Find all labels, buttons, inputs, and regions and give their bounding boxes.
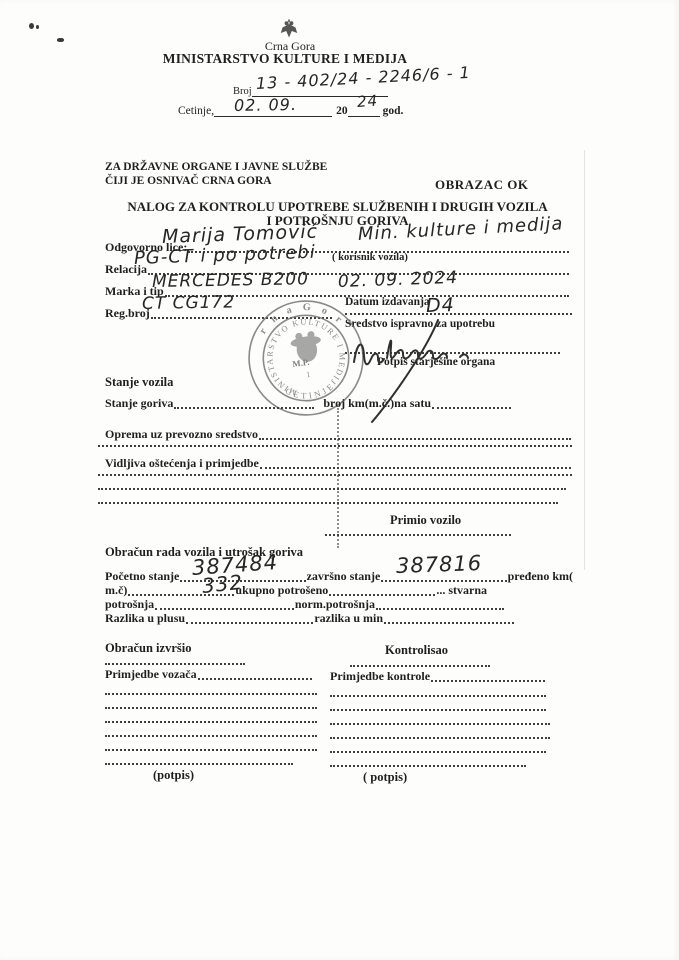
- potrosnja-row: potrošnja norm.potrošnja: [105, 598, 505, 612]
- potpis-left-label: (potpis): [153, 768, 313, 782]
- dotted-leader: [186, 622, 313, 624]
- obracun-izvrsio-column: Obračun izvršio Primjedbe vozača (potpis…: [105, 641, 313, 783]
- primjedbe-vozaca-label: Primjedbe vozača: [105, 668, 197, 682]
- ukupno-label: ukupno potrošeno: [235, 584, 328, 598]
- dotted-line: [330, 737, 550, 739]
- stamp-number: 1: [306, 370, 311, 379]
- oprema-row: Oprema uz prevozno sredstvo: [105, 428, 572, 442]
- dotted-line: [105, 693, 317, 695]
- datum-izdavanja-label: Datum izdavanja: [345, 296, 572, 309]
- dotted-leader: [174, 407, 314, 409]
- primio-vozilo-label: Primio vozilo: [390, 513, 461, 528]
- dotted-leader: [345, 313, 572, 315]
- dotted-line: [350, 665, 490, 667]
- dotted-leader: [198, 678, 312, 680]
- ukupno-row: m.č) ukupno potrošeno ... stvarna: [105, 584, 487, 598]
- dotted-line: [330, 751, 546, 753]
- dotted-leader: [384, 622, 514, 624]
- date-row: Cetinje, 20 god.: [178, 104, 433, 117]
- vidljiva-row: Vidljiva oštećenja i primjedbe: [105, 457, 572, 471]
- mc-handwritten-value: 332: [201, 570, 244, 598]
- dotted-leader: [432, 407, 511, 409]
- potpis-right-label: ( potpis): [363, 770, 546, 784]
- dotted-line: [105, 707, 317, 709]
- dotted-line: [98, 445, 572, 447]
- razlika-min-label: razlika u min: [314, 612, 383, 626]
- marka-handwritten-value: MERCEDES B200: [152, 269, 309, 292]
- dotted-leader: [155, 608, 294, 610]
- ink-speck: [29, 23, 34, 29]
- dotted-line: [105, 663, 245, 665]
- intro-line-1: ZA DRŽAVNE ORGANE I JAVNE SLUŽBE: [105, 161, 327, 173]
- stvarna-label: ... stvarna: [436, 584, 487, 598]
- dotted-line: [330, 709, 546, 711]
- year-prefix: 20: [336, 105, 348, 117]
- dotted-leader: [376, 608, 504, 610]
- dotted-line: [330, 765, 526, 767]
- primjedbe-kontrole-label: Primjedbe kontrole: [330, 670, 430, 684]
- korisnik-vozila-label: ( korisnik vozila): [332, 252, 408, 263]
- zavrsno-stanje-label: završno stanje: [307, 570, 381, 584]
- oprema-label: Oprema uz prevozno sredstvo: [105, 428, 258, 442]
- norm-potrosnja-label: norm.potrošnja: [295, 598, 375, 612]
- potrosnja-label: potrošnja: [105, 598, 154, 612]
- primjedbe-vozaca-row: Primjedbe vozača: [105, 668, 313, 682]
- coat-of-arms-icon: [280, 19, 298, 39]
- pocetno-zavrsno-row: Početno stanje završno stanje pređeno km…: [105, 570, 573, 584]
- reg-handwritten-value: CT CG172: [142, 292, 235, 314]
- dotted-leader: [259, 438, 571, 440]
- stanje-goriva-label: Stanje goriva: [105, 397, 173, 411]
- dotted-leader: [260, 467, 571, 469]
- dotted-line: [98, 502, 558, 504]
- obracun-izvrsio-title: Obračun izvršio: [105, 641, 313, 655]
- dotted-leader: [329, 594, 435, 596]
- dotted-line: [105, 735, 317, 737]
- dotted-line: [330, 695, 546, 697]
- kontrolisao-column: Kontrolisao Primjedbe kontrole ( potpis): [330, 643, 546, 785]
- vidljiva-label: Vidljiva oštećenja i primjedbe: [105, 457, 259, 471]
- ministry-name: MINISTARSTVO KULTURE I MEDIJA: [145, 51, 425, 67]
- razlika-plus-label: Razlika u plusu: [105, 612, 185, 626]
- scanned-form-page: Crna Gora MINISTARSTVO KULTURE I MEDIJA …: [0, 0, 679, 960]
- kontrolisao-title: Kontrolisao: [385, 643, 546, 657]
- pocetno-stanje-label: Početno stanje: [105, 570, 179, 584]
- zavrsno-handwritten-value: 387816: [396, 551, 483, 578]
- dotted-line: [105, 721, 317, 723]
- dotted-line: [105, 763, 293, 765]
- ink-speck: [36, 25, 39, 29]
- stamp-mp-text: M.P.: [292, 357, 310, 369]
- mc-label: m.č): [105, 584, 127, 598]
- dotted-line: [105, 749, 317, 751]
- razlika-row: Razlika u plusu razlika u min: [105, 612, 515, 626]
- dotted-line: [325, 534, 511, 536]
- form-code: OBRAZAC OK: [435, 177, 528, 193]
- ink-speck: [57, 38, 64, 42]
- dotted-line: [330, 723, 550, 725]
- primjedbe-kontrole-row: Primjedbe kontrole: [330, 670, 546, 684]
- dotted-line: [98, 474, 572, 476]
- intro-line-2: ČIJI JE OSNIVAČ CRNA GORA: [105, 175, 272, 187]
- date-handwritten-value: 02. 09.: [234, 95, 297, 115]
- year-handwritten-value: 24: [356, 92, 378, 111]
- stanje-vozila-title: Stanje vozila: [105, 375, 173, 390]
- stanje-goriva-row: Stanje goriva broj km(m.č.)na satu: [105, 397, 512, 411]
- dotted-leader: [381, 580, 506, 582]
- predjeno-km-label: pređeno km(: [508, 570, 573, 584]
- dotted-leader: [431, 680, 545, 682]
- year-suffix: god.: [383, 105, 404, 117]
- sredstvo-handwritten-value: D4: [426, 294, 455, 317]
- place-label: Cetinje,: [178, 105, 214, 117]
- dotted-line: [98, 488, 566, 490]
- broj-km-label: broj km(m.č.)na satu: [323, 397, 431, 411]
